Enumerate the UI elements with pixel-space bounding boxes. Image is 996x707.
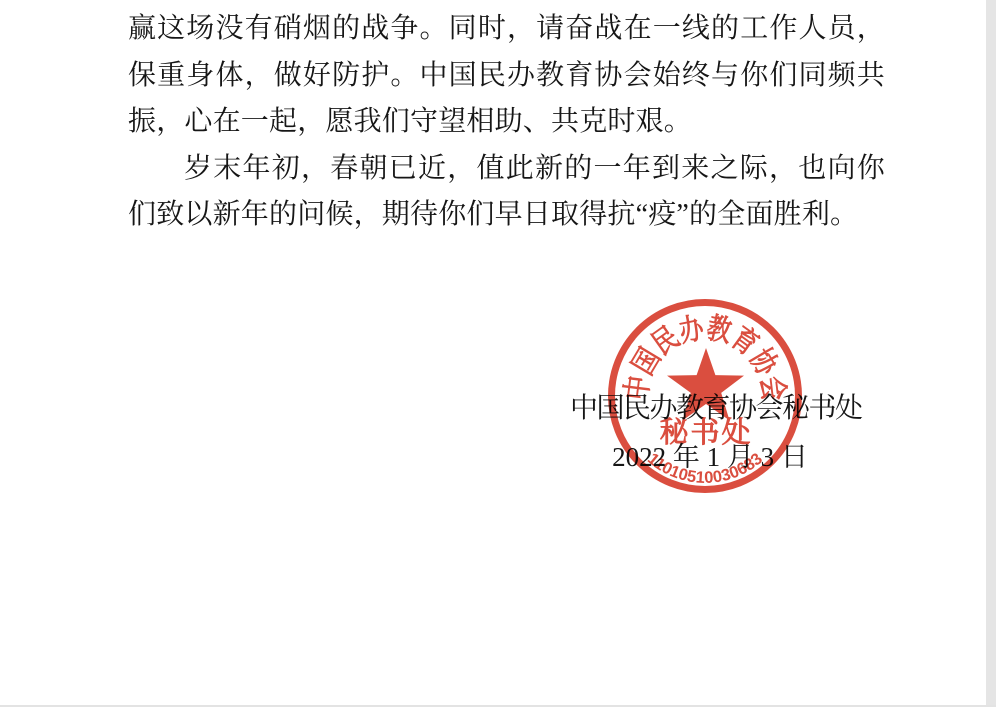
signature-date: 2022 年 1 月 3 日: [556, 435, 864, 474]
document-page: { "document": { "paragraphs": [ { "text"…: [0, 0, 996, 707]
letter-paragraph: 岁末年初，春朝已近，值此新的一年到来之际，也向你们致以新年的问候，期待你们早日取…: [128, 146, 885, 239]
letter-body: 赢这场没有硝烟的战争。同时，请奋战在一线的工作人员，保重身体，做好防护。中国民办…: [128, 6, 885, 239]
signature-org: 中国民办教育协会秘书处: [570, 386, 878, 426]
letter-paragraph: 赢这场没有硝烟的战争。同时，请奋战在一线的工作人员，保重身体，做好防护。中国民办…: [128, 6, 885, 146]
page-edge-right: [986, 0, 996, 707]
